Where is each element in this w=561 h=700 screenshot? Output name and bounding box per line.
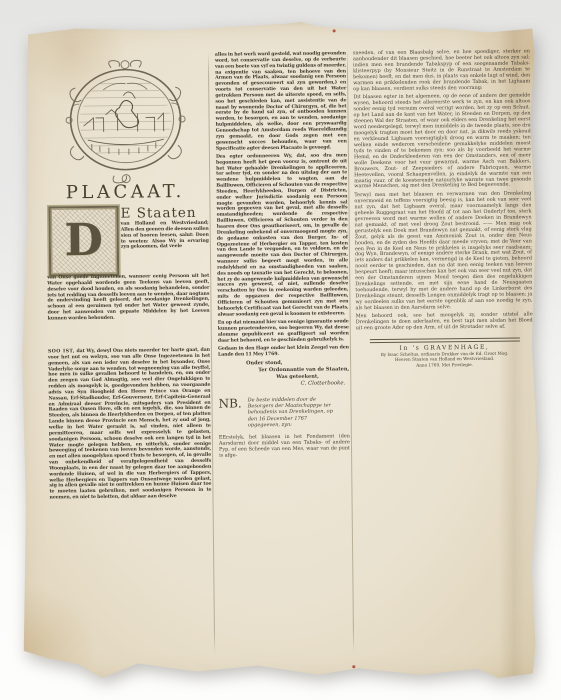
- signature: C. Clotterbooke.: [218, 380, 345, 388]
- nb-paragraph-eerstelyk: EErstelyk, het blaasen in het Fondament …: [219, 434, 350, 459]
- column-2: alles in het werk word gesteld, wat nood…: [215, 51, 350, 459]
- nb-italic-note: De beste middelen door de Besorgers der …: [248, 396, 334, 428]
- red-ink-speck-top: [333, 29, 336, 32]
- col3-paragraph-1: sneeden, of van een Blaasbalg selve, en …: [353, 49, 530, 93]
- ornamental-dropcap: D: [48, 206, 119, 277]
- placard-title: PLACAAT.: [42, 181, 208, 204]
- printed-area: PLACAAT. D E Staaten van Holland en West…: [15, 19, 550, 684]
- col2-paragraph-1: alles in het werk word gesteld, wat nood…: [215, 51, 347, 152]
- red-ink-speck-bottom: [352, 665, 355, 668]
- soo-ist-body: dat Wy, dewyl Ons niets meerder ter hart…: [48, 348, 211, 501]
- colophon-year-privilege: Anno 1769. Met Privilegie.: [356, 362, 533, 369]
- col1-paragraph-intro: van Onse goede Ingezeetenen, wanneer een…: [47, 274, 209, 322]
- soo-ist-lead: SOO IST,: [48, 349, 75, 354]
- opening-side-text: van Holland en Westvriesland; Allen den …: [121, 221, 209, 251]
- opening-words: E Staaten: [120, 205, 208, 222]
- engraved-vignette-icon: [65, 59, 186, 184]
- col1-paragraph-soo-ist: SOO IST, dat Wy, dewyl Ons niets meerder…: [48, 348, 212, 502]
- placard-paper: PLACAAT. D E Staaten van Holland en West…: [18, 22, 546, 682]
- dropcap-letter: D: [65, 219, 104, 263]
- photo-background: PLACAAT. D E Staaten van Holland en West…: [0, 0, 561, 700]
- closing-block: Onder stond, Ter Ordonnantie van de Staa…: [218, 359, 349, 388]
- colophon: In 's GRAVENHAGE, By Isaac Scheltus, ord…: [356, 343, 533, 368]
- nb-label: NB.: [218, 397, 241, 428]
- col3-paragraph-2: Dit blaasen egter in het algemeen, op de…: [353, 94, 531, 191]
- paper-shadow-wrap: PLACAAT. D E Staaten van Holland en West…: [0, 0, 561, 700]
- col2-paragraph-dated: Gedaan in den Hage onder het klein Zeege…: [218, 345, 349, 358]
- colophon-rule: [369, 337, 519, 343]
- col2-paragraph-2: Des egter ordonneeren Wy, dat, soo dra m…: [216, 153, 349, 318]
- nota-bene: NB. De beste middelen door de Besorgers …: [218, 396, 349, 428]
- col3-paragraph-4: Men behoord ook, soo het moogelyk zy, so…: [356, 313, 533, 333]
- column-3: sneeden, of van een Blaasbalg selve, en …: [353, 49, 533, 368]
- col2-paragraph-3: En op dat niemand hier van eenige ignora…: [218, 319, 349, 344]
- col3-paragraph-3: Terwyl men met het blaasen en verwarmen …: [354, 191, 532, 312]
